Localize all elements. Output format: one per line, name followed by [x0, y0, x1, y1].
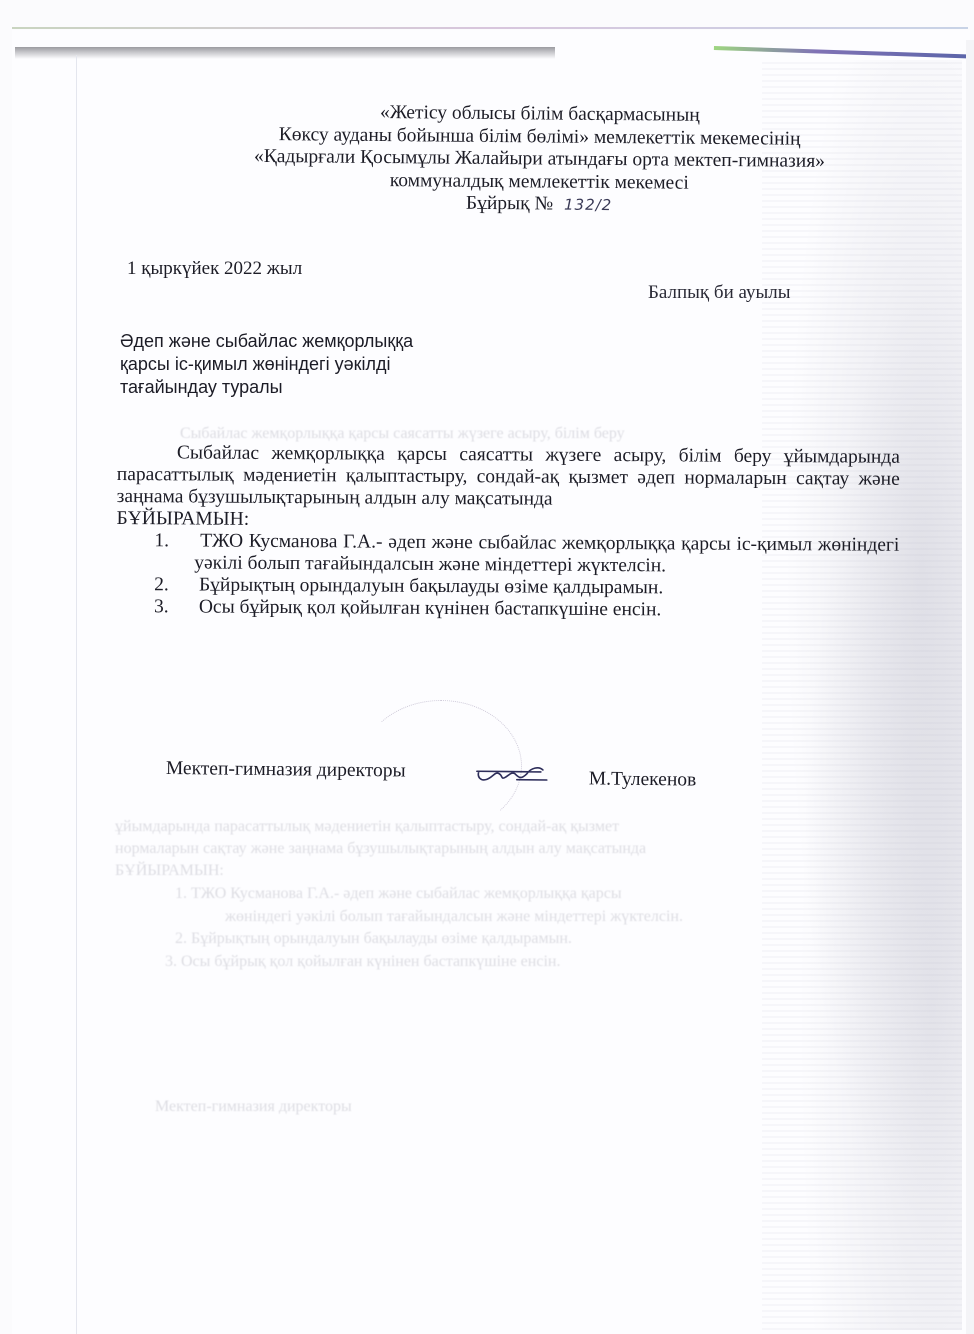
scan-shadow: [15, 47, 555, 59]
institution-header: «Жетісу облысы білім басқармасының Көксу…: [149, 100, 930, 219]
subject-line: қарсы іс-қимыл жөніндегі уәкілді: [120, 353, 413, 376]
order-body: Сыбайлас жемқорлыққа қарсы саясатты жүзе…: [116, 442, 900, 623]
page-right-edge: [966, 40, 974, 1334]
signature-icon: [471, 759, 551, 786]
signature-block: Мектеп-гимназия директоры М.Тулекенов: [166, 758, 766, 804]
document-date: 1 қыркүйек 2022 жыл: [127, 258, 302, 280]
order-items: 1. ТЖО Кусманова Г.А.- әдеп және сыбайла…: [116, 530, 900, 623]
signatory-title: Мектеп-гимназия директоры: [166, 758, 406, 783]
signatory-name: М.Тулекенов: [589, 768, 697, 791]
order-subject: Әдеп және сыбайлас жемқорлыққа қарсы іс-…: [120, 330, 413, 399]
document-place: Балпық би ауылы: [648, 282, 790, 304]
subject-line: тағайындау туралы: [120, 376, 413, 399]
order-item: 1. ТЖО Кусманова Г.А.- әдеп және сыбайла…: [116, 530, 899, 579]
order-number-handwritten: 132/2: [564, 196, 612, 214]
scan-noise: [762, 60, 962, 1330]
preamble: Сыбайлас жемқорлыққа қарсы саясатты жүзе…: [117, 442, 900, 513]
order-label: Бұйрық №: [466, 193, 553, 215]
subject-line: Әдеп және сыбайлас жемқорлыққа: [120, 330, 413, 353]
page-top-edge: [12, 27, 968, 29]
margin-line: [76, 55, 77, 1334]
